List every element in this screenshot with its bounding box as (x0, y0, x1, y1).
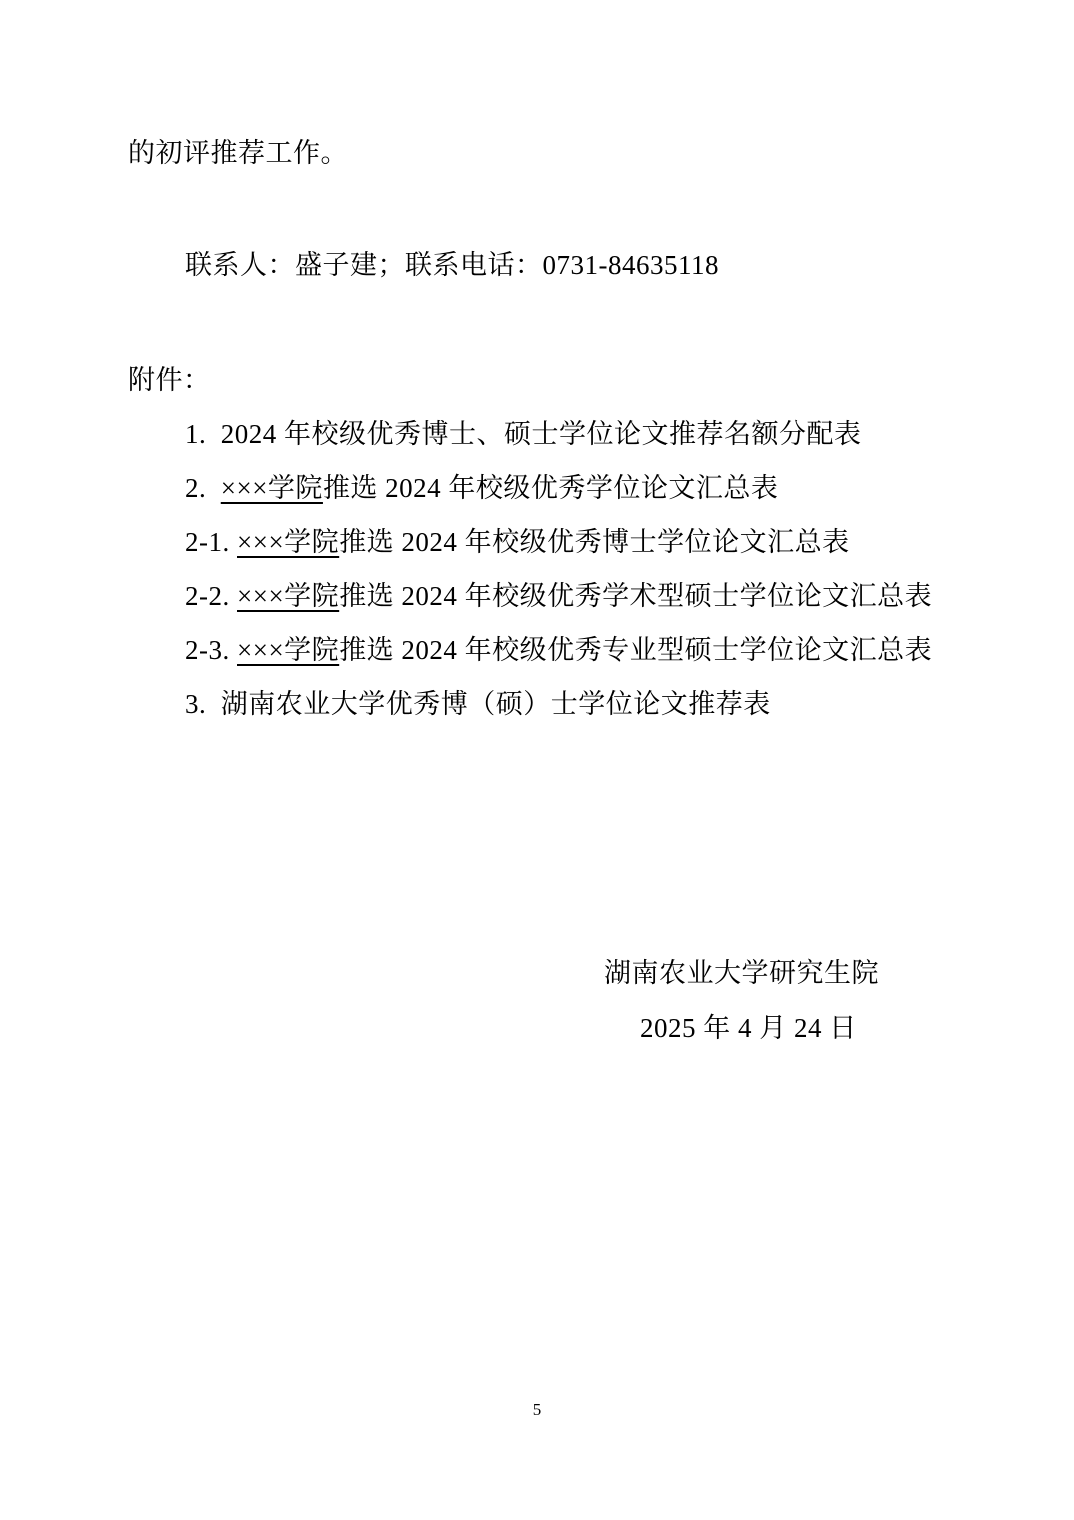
attachments-label: 附件： (128, 353, 946, 407)
college-name-placeholder-underlined: ×××学院 (237, 581, 339, 611)
college-name-placeholder-underlined: ×××学院 (237, 527, 339, 557)
attachment-text-segment: 推选 2024 年校级优秀学术型硕士学位论文汇总表 (339, 581, 932, 611)
page-number: 5 (0, 1399, 1074, 1421)
signature-organization: 湖南农业大学研究生院 (604, 946, 879, 1000)
attachment-text-segment: 推选 2024 年校级优秀专业型硕士学位论文汇总表 (339, 635, 932, 665)
attachments-section: 附件： 1. 2024 年校级优秀博士、硕士学位论文推荐名额分配表 2. ×××… (128, 353, 946, 731)
attachment-text-segment: 3. (185, 689, 221, 719)
attachment-item-2-3: 2-3. ×××学院推选 2024 年校级优秀专业型硕士学位论文汇总表 (128, 623, 946, 677)
attachment-text-segment: 2. (185, 473, 221, 503)
signature-date: 2025 年 4 月 24 日 (640, 1001, 857, 1055)
college-name-placeholder-underlined: ×××学院 (237, 635, 339, 665)
contact-line: 联系人：盛子建；联系电话：0731-84635118 (128, 238, 946, 292)
attachment-item-2-1: 2-1. ×××学院推选 2024 年校级优秀博士学位论文汇总表 (128, 515, 946, 569)
attachment-text-segment: 推选 2024 年校级优秀学位论文汇总表 (323, 473, 779, 503)
attachment-text-segment: 1. (185, 419, 221, 449)
college-name-placeholder-underlined: ×××学院 (221, 473, 323, 503)
attachment-text-segment: 2-1. (185, 527, 237, 557)
attachment-item-3: 3. 湖南农业大学优秀博（硕）士学位论文推荐表 (128, 677, 946, 731)
attachment-item-2: 2. ×××学院推选 2024 年校级优秀学位论文汇总表 (128, 461, 946, 515)
attachment-text-segment: 2-2. (185, 581, 237, 611)
attachment-text-segment: 2024 年校级优秀博士、硕士学位论文推荐名额分配表 (221, 419, 862, 449)
attachment-item-1: 1. 2024 年校级优秀博士、硕士学位论文推荐名额分配表 (128, 407, 946, 461)
attachment-item-2-2: 2-2. ×××学院推选 2024 年校级优秀学术型硕士学位论文汇总表 (128, 569, 946, 623)
attachment-text-segment: 推选 2024 年校级优秀博士学位论文汇总表 (339, 527, 850, 557)
attachment-text-segment: 湖南农业大学优秀博（硕）士学位论文推荐表 (221, 689, 771, 719)
closing-paragraph: 的初评推荐工作。 (128, 126, 946, 180)
document-page: 的初评推荐工作。 联系人：盛子建；联系电话：0731-84635118 附件： … (0, 0, 1074, 1520)
attachment-text-segment: 2-3. (185, 635, 237, 665)
